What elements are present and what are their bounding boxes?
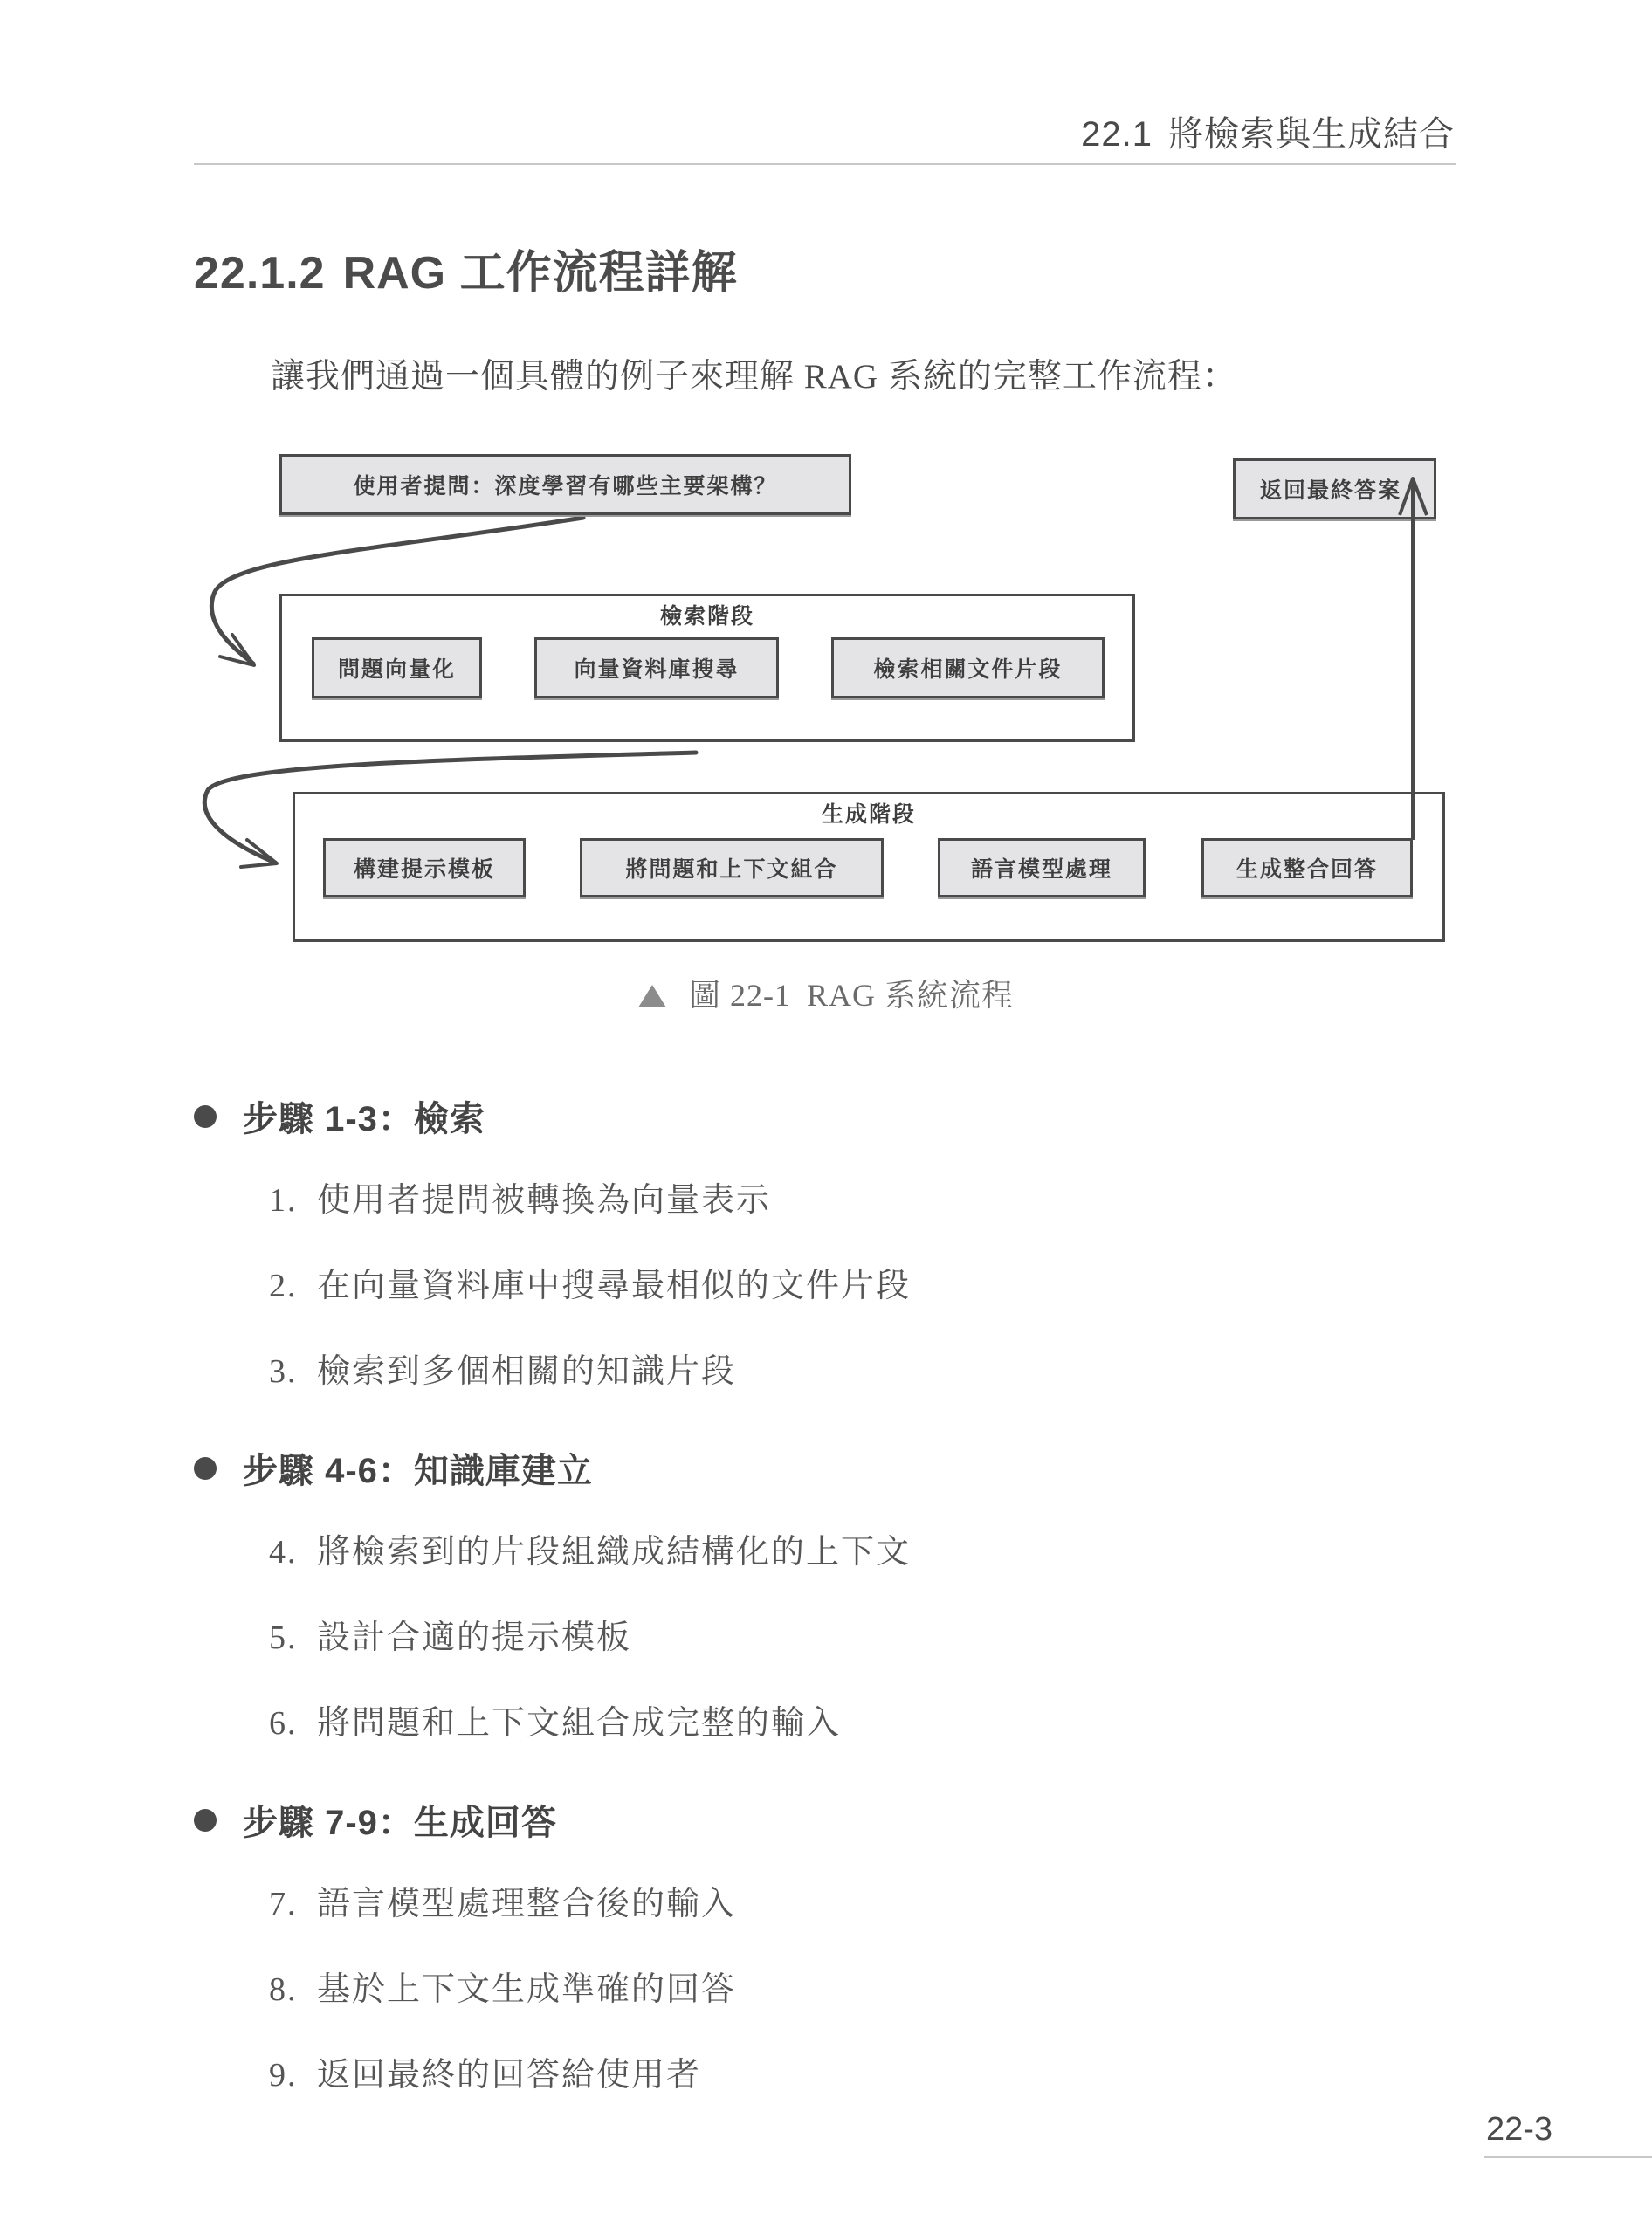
- page-number: 22-3: [1486, 2111, 1552, 2149]
- list-number: 2.: [269, 1267, 317, 1305]
- list-text: 在向量資料庫中搜尋最相似的文件片段: [317, 1268, 911, 1304]
- list-text: 設計合適的提示模板: [317, 1620, 631, 1656]
- list-text: 基於上下文生成準確的回答: [317, 1971, 736, 2008]
- list-item: 6.將問題和上下文組合成完整的輸入: [269, 1695, 841, 1743]
- step-heading-text: 步驟 7-9：生成回答: [243, 1804, 557, 1842]
- list-text: 將檢索到的片段組織成結構化的上下文: [317, 1534, 911, 1571]
- list-number: 4.: [269, 1533, 317, 1571]
- list-item: 3.檢索到多個相關的知識片段: [269, 1344, 736, 1392]
- list-text: 檢索到多個相關的知識片段: [317, 1353, 736, 1390]
- triangle-icon: [638, 985, 666, 1007]
- footer-divider: [1484, 2156, 1652, 2158]
- figure-caption: 圖 22-1RAG 系統流程: [0, 971, 1652, 1015]
- list-item: 7.語言模型處理整合後的輸入: [269, 1876, 736, 1924]
- step-heading-text: 步驟 1-3：檢索: [243, 1100, 485, 1138]
- list-number: 5.: [269, 1619, 317, 1657]
- list-number: 3.: [269, 1352, 317, 1391]
- figure-label: 圖 22-1: [689, 978, 791, 1013]
- list-item: 4.將檢索到的片段組織成結構化的上下文: [269, 1524, 911, 1572]
- step-heading-text: 步驟 4-6：知識庫建立: [243, 1452, 593, 1490]
- step-heading-retrieval: 步驟 1-3：檢索: [194, 1091, 485, 1141]
- list-number: 7.: [269, 1885, 317, 1923]
- list-text: 語言模型處理整合後的輸入: [317, 1886, 736, 1922]
- list-item: 8.基於上下文生成準確的回答: [269, 1962, 736, 2010]
- bullet-icon: [194, 1105, 217, 1128]
- list-item: 9.返回最終的回答給使用者: [269, 2047, 701, 2095]
- step-heading-generation: 步驟 7-9：生成回答: [194, 1795, 557, 1845]
- bullet-icon: [194, 1809, 217, 1832]
- list-text: 返回最終的回答給使用者: [317, 2057, 701, 2094]
- list-item: 1.使用者提問被轉換為向量表示: [269, 1173, 771, 1221]
- figure-caption-text: RAG 系統流程: [807, 978, 1014, 1013]
- list-item: 5.設計合適的提示模板: [269, 1610, 631, 1658]
- list-number: 9.: [269, 2056, 317, 2094]
- step-heading-knowledge-base: 步驟 4-6：知識庫建立: [194, 1443, 593, 1493]
- list-number: 1.: [269, 1181, 317, 1220]
- bullet-icon: [194, 1457, 217, 1480]
- list-item: 2.在向量資料庫中搜尋最相似的文件片段: [269, 1258, 911, 1306]
- list-text: 將問題和上下文組合成完整的輸入: [317, 1705, 841, 1742]
- return-connector: [0, 0, 1652, 1048]
- list-number: 6.: [269, 1704, 317, 1743]
- list-text: 使用者提問被轉換為向量表示: [317, 1182, 771, 1219]
- list-number: 8.: [269, 1970, 317, 2009]
